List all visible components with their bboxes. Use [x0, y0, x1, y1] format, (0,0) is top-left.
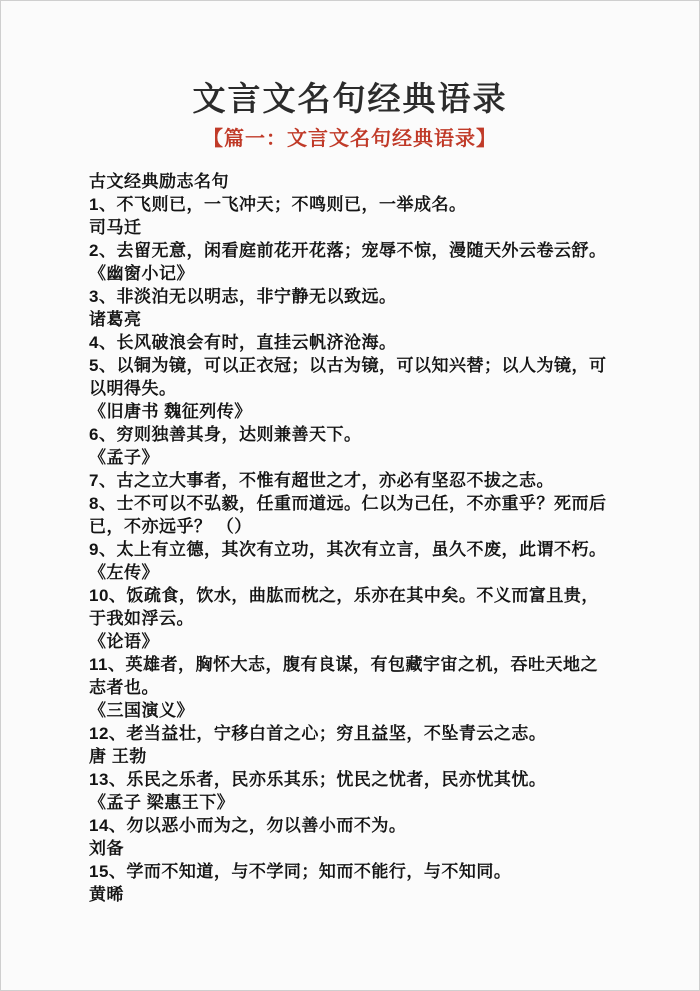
quote-line-12: 12、老当益壮，宁移白首之心；穷且益坚，不坠青云之志。	[89, 722, 615, 745]
quote-line-9: 9、太上有立德，其次有立功，其次有立言，虽久不废，此谓不朽。	[89, 538, 615, 561]
document-title: 文言文名句经典语录	[1, 81, 699, 119]
attribution-13: 《孟子 梁惠王下》	[89, 791, 615, 814]
quote-line-11: 11、英雄者，胸怀大志，腹有良谋，有包藏宇宙之机，吞吐天地之志者也。	[89, 653, 615, 699]
quote-line-13: 13、乐民之乐者，民亦乐其乐；忧民之忧者，民亦忧其忧。	[89, 768, 615, 791]
quote-line-2: 2、去留无意，闲看庭前花开花落；宠辱不惊，漫随天外云卷云舒。	[89, 239, 615, 262]
quote-line-8: 8、士不可以不弘毅，任重而道远。仁以为己任，不亦重乎？死而后已，不亦远乎？ （）	[89, 492, 615, 538]
attribution-6: 《孟子》	[89, 446, 615, 469]
quote-line-5: 5、以铜为镜，可以正衣冠；以古为镜，可以知兴替；以人为镜，可以明得失。	[89, 354, 615, 400]
document-page: 文言文名句经典语录 【篇一：文言文名句经典语录】 古文经典励志名句 1、不飞则已…	[0, 0, 700, 991]
attribution-11: 《三国演义》	[89, 699, 615, 722]
attribution-15: 黄晞	[89, 883, 615, 906]
quote-line-1: 1、不飞则已，一飞冲天；不鸣则已，一举成名。	[89, 193, 615, 216]
attribution-5: 《旧唐书 魏征列传》	[89, 400, 615, 423]
quote-line-3: 3、非淡泊无以明志，非宁静无以致远。	[89, 285, 615, 308]
attribution-12: 唐 王勃	[89, 745, 615, 768]
attribution-3: 诸葛亮	[89, 308, 615, 331]
document-subtitle: 【篇一：文言文名句经典语录】	[1, 126, 699, 152]
quote-line-7: 7、古之立大事者，不惟有超世之才，亦必有坚忍不拔之志。	[89, 469, 615, 492]
attribution-1: 司马迁	[89, 216, 615, 239]
quote-line-15: 15、学而不知道，与不学同；知而不能行，与不知同。	[89, 860, 615, 883]
quotes-list: 古文经典励志名句 1、不飞则已，一飞冲天；不鸣则已，一举成名。 司马迁 2、去留…	[89, 170, 615, 906]
attribution-2: 《幽窗小记》	[89, 262, 615, 285]
attribution-14: 刘备	[89, 837, 615, 860]
quote-line-4: 4、长风破浪会有时，直挂云帆济沧海。	[89, 331, 615, 354]
quote-line-10: 10、饭疏食，饮水，曲肱而枕之，乐亦在其中矣。不义而富且贵，于我如浮云。	[89, 584, 615, 630]
section-heading: 古文经典励志名句	[89, 170, 615, 193]
attribution-9: 《左传》	[89, 561, 615, 584]
attribution-10: 《论语》	[89, 630, 615, 653]
quote-line-6: 6、穷则独善其身，达则兼善天下。	[89, 423, 615, 446]
quote-line-14: 14、勿以恶小而为之，勿以善小而不为。	[89, 814, 615, 837]
